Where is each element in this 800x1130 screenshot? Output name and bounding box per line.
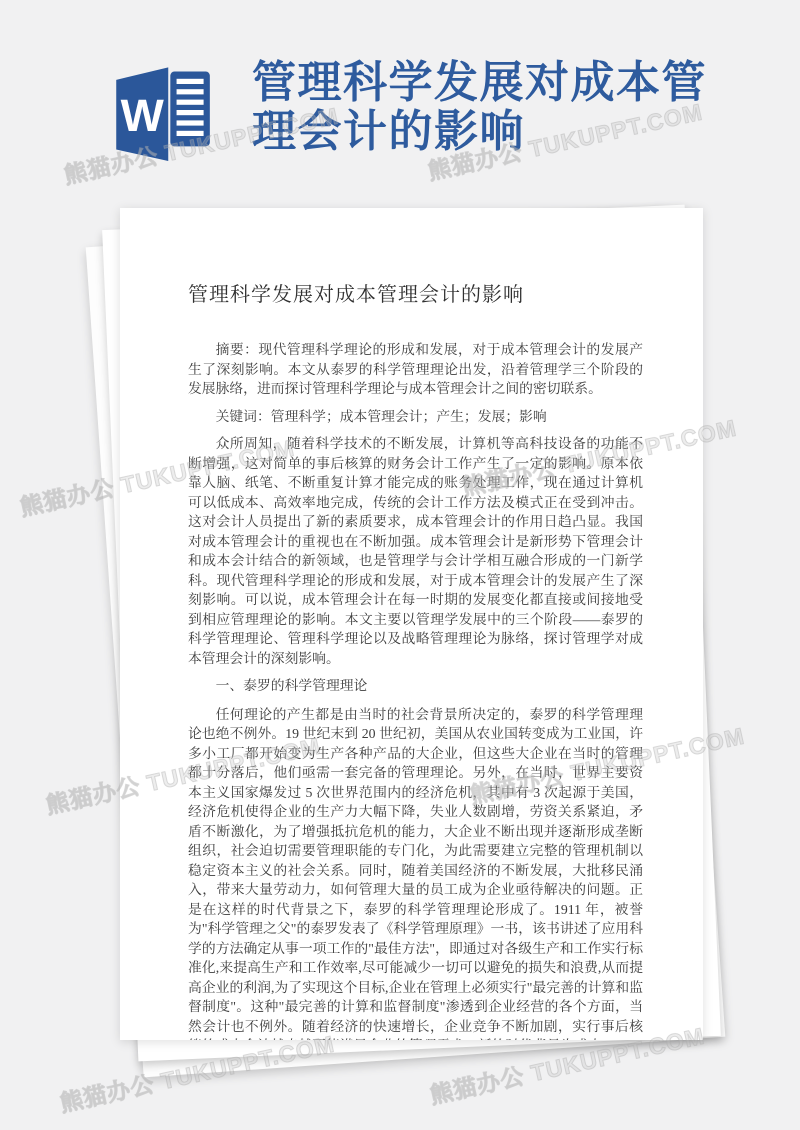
document-title: 管理科学发展对成本管理会计的影响 <box>188 278 643 307</box>
doc-paragraph: 任何理论的产生都是由当时的社会背景所决定的，泰罗的科学管理理论也绝不例外。19 … <box>188 705 643 1041</box>
word-icon: W <box>110 58 214 162</box>
section-heading: 一、泰罗的科学管理理论 <box>188 676 643 696</box>
header: W 管理科学发展对成本管理会计的影响 <box>0 0 800 200</box>
doc-paragraph: 关键词：管理科学；成本管理会计；产生；发展；影响 <box>188 407 643 427</box>
doc-paragraph: 摘要：现代管理科学理论的形成和发展，对于成本管理会计的发展产生了深刻影响。本文从… <box>188 340 643 399</box>
document-content: 管理科学发展对成本管理会计的影响 摘要：现代管理科学理论的形成和发展，对于成本管… <box>188 278 643 1040</box>
page-root: { "page_background": "#f1f1f2", "header"… <box>0 0 800 1130</box>
document-page: 管理科学发展对成本管理会计的影响 摘要：现代管理科学理论的形成和发展，对于成本管… <box>120 208 703 1040</box>
word-icon-letter: W <box>121 90 165 141</box>
doc-paragraph: 众所周知，随着科学技术的不断发展，计算机等高科技设备的功能不断增强，这对简单的事… <box>188 434 643 668</box>
page-title: 管理科学发展对成本管理会计的影响 <box>252 58 730 156</box>
document-body: 摘要：现代管理科学理论的形成和发展，对于成本管理会计的发展产生了深刻影响。本文从… <box>188 340 643 1040</box>
word-icon-line <box>177 79 204 84</box>
